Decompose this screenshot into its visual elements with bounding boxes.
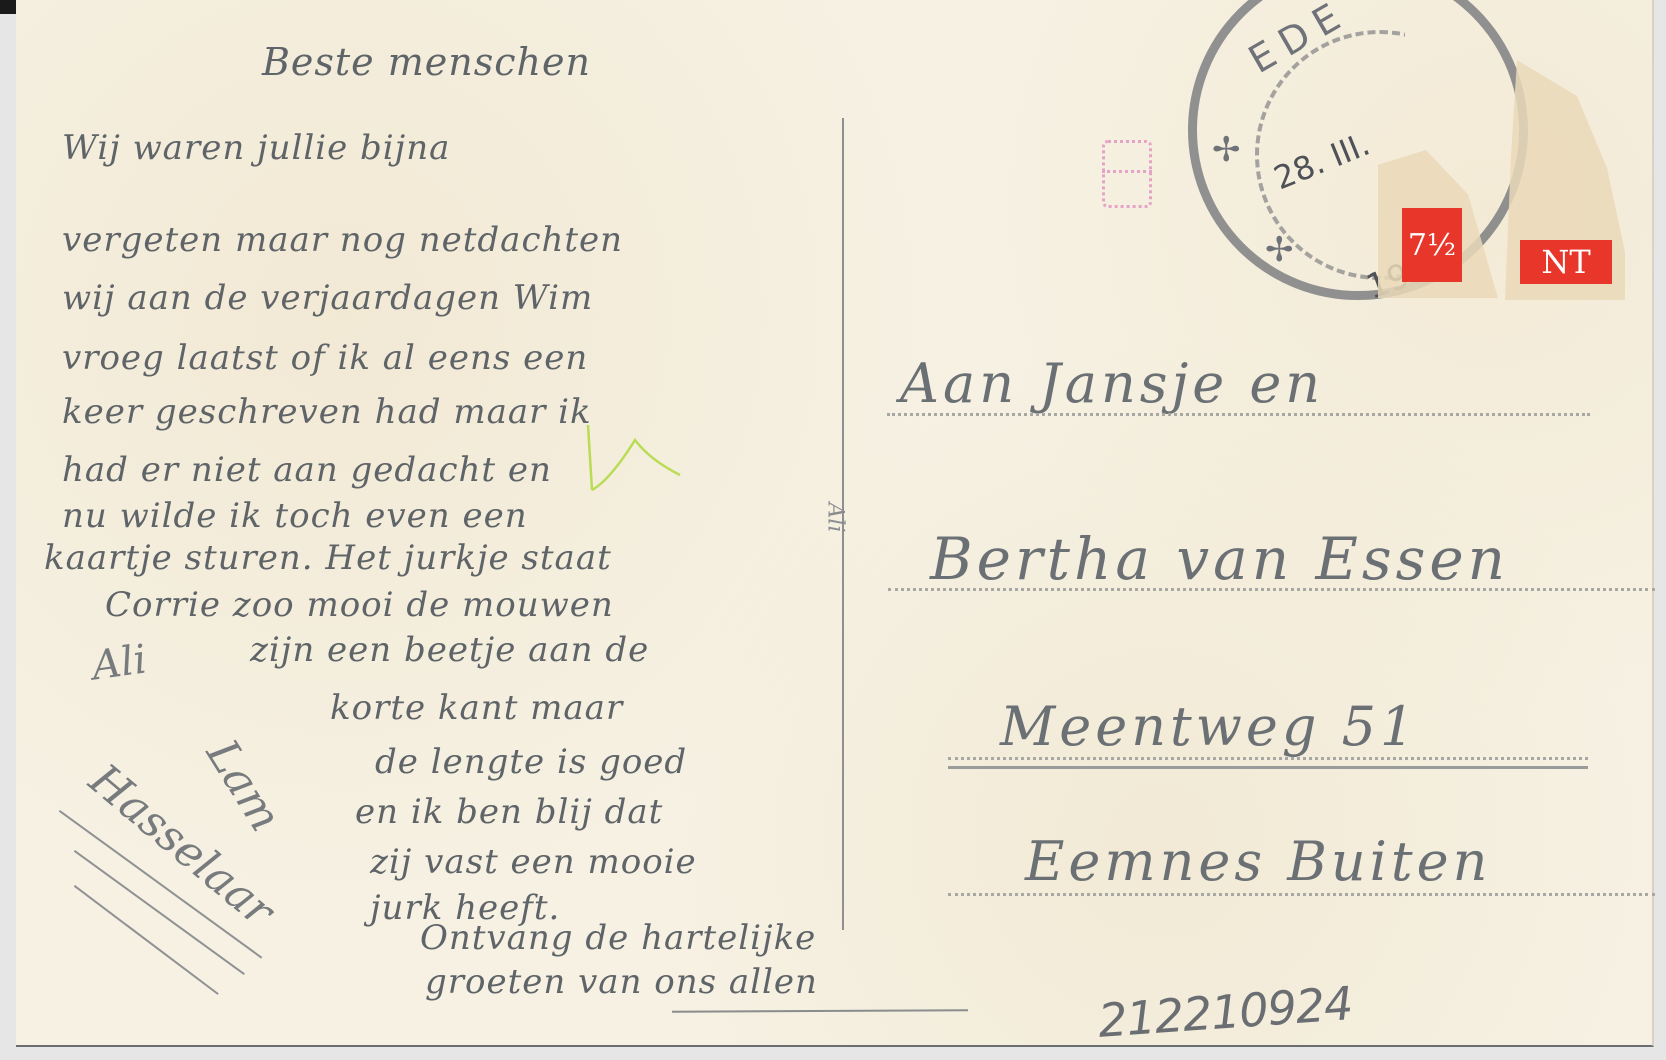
stamp-denomination: 7½ xyxy=(1402,208,1462,282)
pink-ink-mark xyxy=(1102,140,1152,208)
address-dotted-line xyxy=(948,757,1588,760)
message-line: de lengte is goed xyxy=(375,742,687,782)
message-line: vroeg laatst of ik al eens een xyxy=(62,338,588,378)
signature: Ali xyxy=(89,636,149,689)
message-line: nu wilde ik toch even een xyxy=(62,496,528,536)
scan-border xyxy=(0,0,16,14)
message-line: wij aan de verjaardagen Wim xyxy=(62,278,593,318)
address-underline xyxy=(948,766,1588,769)
salutation: Beste menschen xyxy=(262,40,591,84)
postmark-star-icon: ✢ xyxy=(1265,230,1294,270)
postmark-star-icon: ✢ xyxy=(1212,130,1241,170)
address-dotted-line xyxy=(948,893,1655,896)
address-line-3: Meentweg 51 xyxy=(1000,695,1418,758)
message-line: keer geschreven had maar ik xyxy=(62,392,592,432)
message-line: groeten van ons allen xyxy=(425,962,818,1002)
address-line-4: Eemnes Buiten xyxy=(1025,830,1491,893)
address-line-2: Bertha van Essen xyxy=(930,525,1509,593)
message-line: Ontvang de hartelijke xyxy=(420,918,816,958)
side-note: Ali xyxy=(822,503,847,533)
message-line: Corrie zoo mooi de mouwen xyxy=(105,585,614,625)
green-check-mark xyxy=(580,420,730,520)
message-line: kaartje sturen. Het jurkje staat xyxy=(44,538,612,578)
stamp-country-label: NT xyxy=(1520,240,1612,284)
message-line: zij vast een mooie xyxy=(370,842,697,882)
message-line: vergeten maar nog netdachten xyxy=(62,220,623,260)
message-line: had er niet aan gedacht en xyxy=(62,450,552,490)
address-line-1: Aan Jansje en xyxy=(900,352,1324,415)
address-dotted-line xyxy=(887,413,1590,416)
message-line: zijn een beetje aan de xyxy=(250,630,649,670)
message-line: en ik ben blij dat xyxy=(355,792,663,832)
message-line: korte kant maar xyxy=(330,688,623,728)
address-dotted-line xyxy=(888,588,1655,591)
message-line: Wij waren jullie bijna xyxy=(62,128,450,168)
